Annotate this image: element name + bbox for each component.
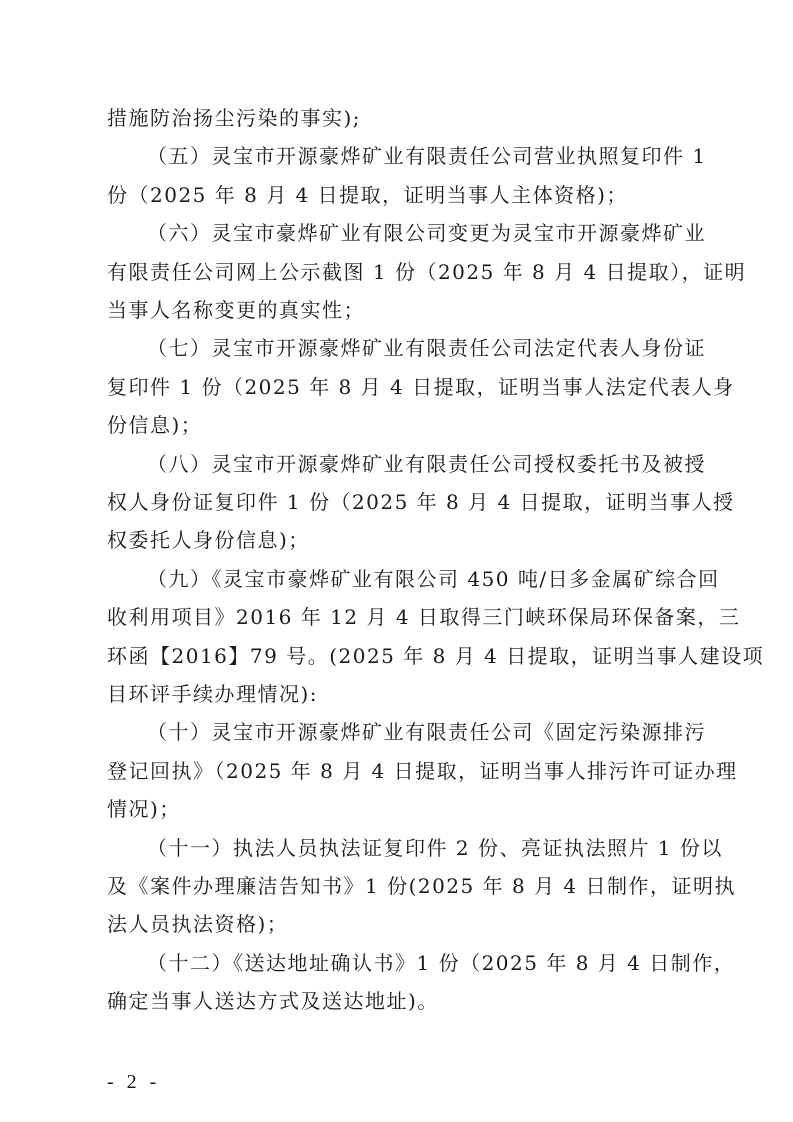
text-line: 权委托人身份信息)； xyxy=(107,528,693,552)
text-line: 登记回执》（2025 年 8 月 4 日提取，证明当事人排污许可证办理 xyxy=(107,759,693,783)
text-line: （六）灵宝市豪烨矿业有限公司变更为灵宝市开源豪烨矿业 xyxy=(147,221,693,245)
text-line: 措施防治扬尘污染的事实); xyxy=(107,106,693,130)
text-line: 份信息)； xyxy=(107,413,693,437)
text-line: 及《案件办理廉洁告知书》1 份(2025 年 8 月 4 日制作，证明执 xyxy=(107,874,693,898)
text-line: 环函【2016】79 号。(2025 年 8 月 4 日提取，证明当事人建设项 xyxy=(107,644,693,668)
text-line: （五）灵宝市开源豪烨矿业有限责任公司营业执照复印件 1 xyxy=(147,144,693,168)
text-line: （八）灵宝市开源豪烨矿业有限责任公司授权委托书及被授 xyxy=(147,452,693,476)
text-line: 份（2025 年 8 月 4 日提取，证明当事人主体资格)； xyxy=(107,183,693,207)
text-line: 收利用项目》2016 年 12 月 4 日取得三门峡环保局环保备案，三 xyxy=(107,605,693,629)
text-line: 法人员执法资格)； xyxy=(107,912,693,936)
text-line: 有限责任公司网上公示截图 1 份（2025 年 8 月 4 日提取），证明 xyxy=(107,260,693,284)
text-line: （十）灵宝市开源豪烨矿业有限责任公司《固定污染源排污 xyxy=(147,720,693,744)
document-page: 措施防治扬尘污染的事实);（五）灵宝市开源豪烨矿业有限责任公司营业执照复印件 1… xyxy=(0,0,793,1122)
text-line: 复印件 1 份（2025 年 8 月 4 日提取，证明当事人法定代表人身 xyxy=(107,375,693,399)
text-line: （七）灵宝市开源豪烨矿业有限责任公司法定代表人身份证 xyxy=(147,336,693,360)
text-line: （九）《灵宝市豪烨矿业有限公司 450 吨/日多金属矿综合回 xyxy=(147,567,693,591)
text-line: （十一）执法人员执法证复印件 2 份、亮证执法照片 1 份以 xyxy=(147,836,693,860)
page-number: - 2 - xyxy=(107,1070,160,1094)
text-line: （十二）《送达地址确认书》1 份（2025 年 8 月 4 日制作， xyxy=(147,951,693,975)
text-line: 权人身份证复印件 1 份（2025 年 8 月 4 日提取，证明当事人授 xyxy=(107,490,693,514)
text-line: 当事人名称变更的真实性； xyxy=(107,298,693,322)
text-line: 确定当事人送达方式及送达地址)。 xyxy=(107,989,693,1013)
text-line: 情况)； xyxy=(107,797,693,821)
text-line: 目环评手续办理情况): xyxy=(107,682,693,706)
